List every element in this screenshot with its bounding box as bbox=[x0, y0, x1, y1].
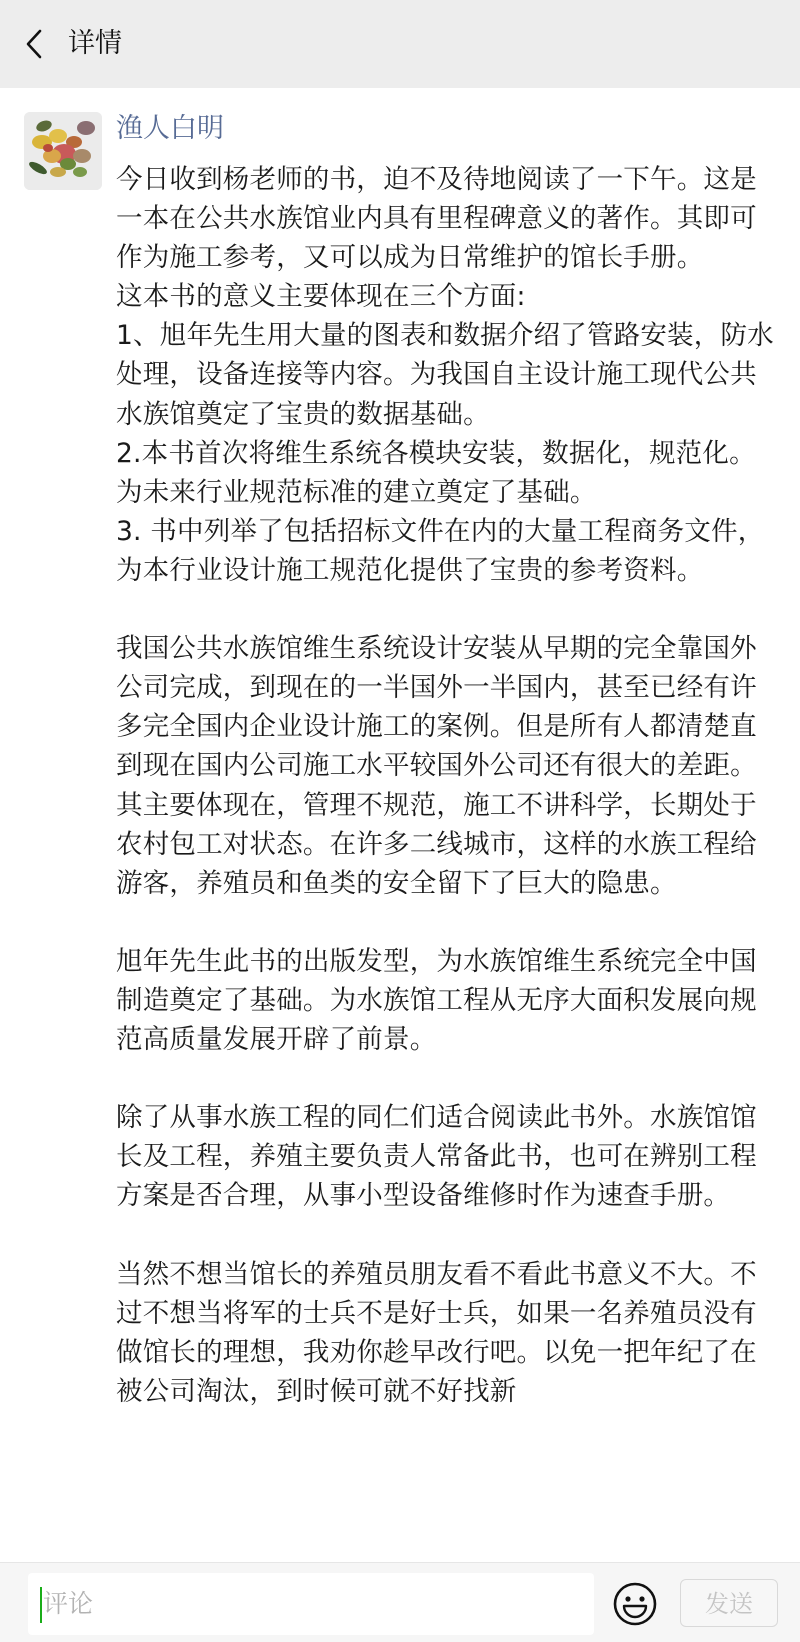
post-paragraph: 我国公共水族馆维生系统设计安装从早期的完全靠国外公司完成，到现在的一半国外一半国… bbox=[116, 629, 776, 903]
comment-input[interactable] bbox=[28, 1573, 594, 1635]
comment-bar: 评论 发送 bbox=[0, 1562, 800, 1642]
send-button[interactable]: 发送 bbox=[680, 1579, 778, 1627]
post-paragraph: 3. 书中列举了包括招标文件在内的大量工程商务文件，为本行业设计施工规范化提供了… bbox=[116, 512, 776, 590]
emoji-button[interactable] bbox=[612, 1581, 658, 1627]
post-paragraph: 今日收到杨老师的书，迫不及待地阅读了一下午。这是一本在公共水族馆业内具有里程碑意… bbox=[116, 160, 776, 277]
paragraph-spacer bbox=[116, 1059, 776, 1098]
post-content: 今日收到杨老师的书，迫不及待地阅读了一下午。这是一本在公共水族馆业内具有里程碑意… bbox=[116, 160, 776, 1411]
text-caret bbox=[40, 1587, 42, 1623]
post-paragraph: 2.本书首次将维生系统各模块安装，数据化，规范化。为未来行业规范标准的建立奠定了… bbox=[116, 434, 776, 512]
post-paragraph: 旭年先生此书的出版发型，为水族馆维生系统完全中国制造奠定了基础。为水族馆工程从无… bbox=[116, 942, 776, 1059]
chevron-left-icon bbox=[18, 26, 54, 62]
post-paragraph: 除了从事水族工程的同仁们适合阅读此书外。水族馆馆长及工程，养殖主要负责人常备此书… bbox=[116, 1098, 776, 1215]
flower-bouquet-avatar-image bbox=[24, 112, 102, 190]
post-paragraph: 这本书的意义主要体现在三个方面: bbox=[116, 277, 776, 316]
author-name[interactable]: 渔人白明 bbox=[116, 110, 224, 148]
post-paragraph: 当然不想当馆长的养殖员朋友看不看此书意义不大。不过不想当将军的士兵不是好士兵，如… bbox=[116, 1255, 776, 1411]
page-title: 详情 bbox=[68, 26, 122, 62]
back-button[interactable] bbox=[18, 26, 54, 62]
post-paragraph: 1、旭年先生用大量的图表和数据介绍了管路安装，防水处理，设备连接等内容。为我国自… bbox=[116, 316, 776, 433]
top-nav-bar: 详情 bbox=[0, 0, 800, 88]
smiley-face-icon bbox=[612, 1581, 658, 1627]
author-avatar[interactable] bbox=[24, 112, 102, 190]
paragraph-spacer bbox=[116, 903, 776, 942]
paragraph-spacer bbox=[116, 590, 776, 629]
moment-post: 渔人白明 今日收到杨老师的书，迫不及待地阅读了一下午。这是一本在公共水族馆业内具… bbox=[0, 88, 800, 1568]
paragraph-spacer bbox=[116, 1216, 776, 1255]
